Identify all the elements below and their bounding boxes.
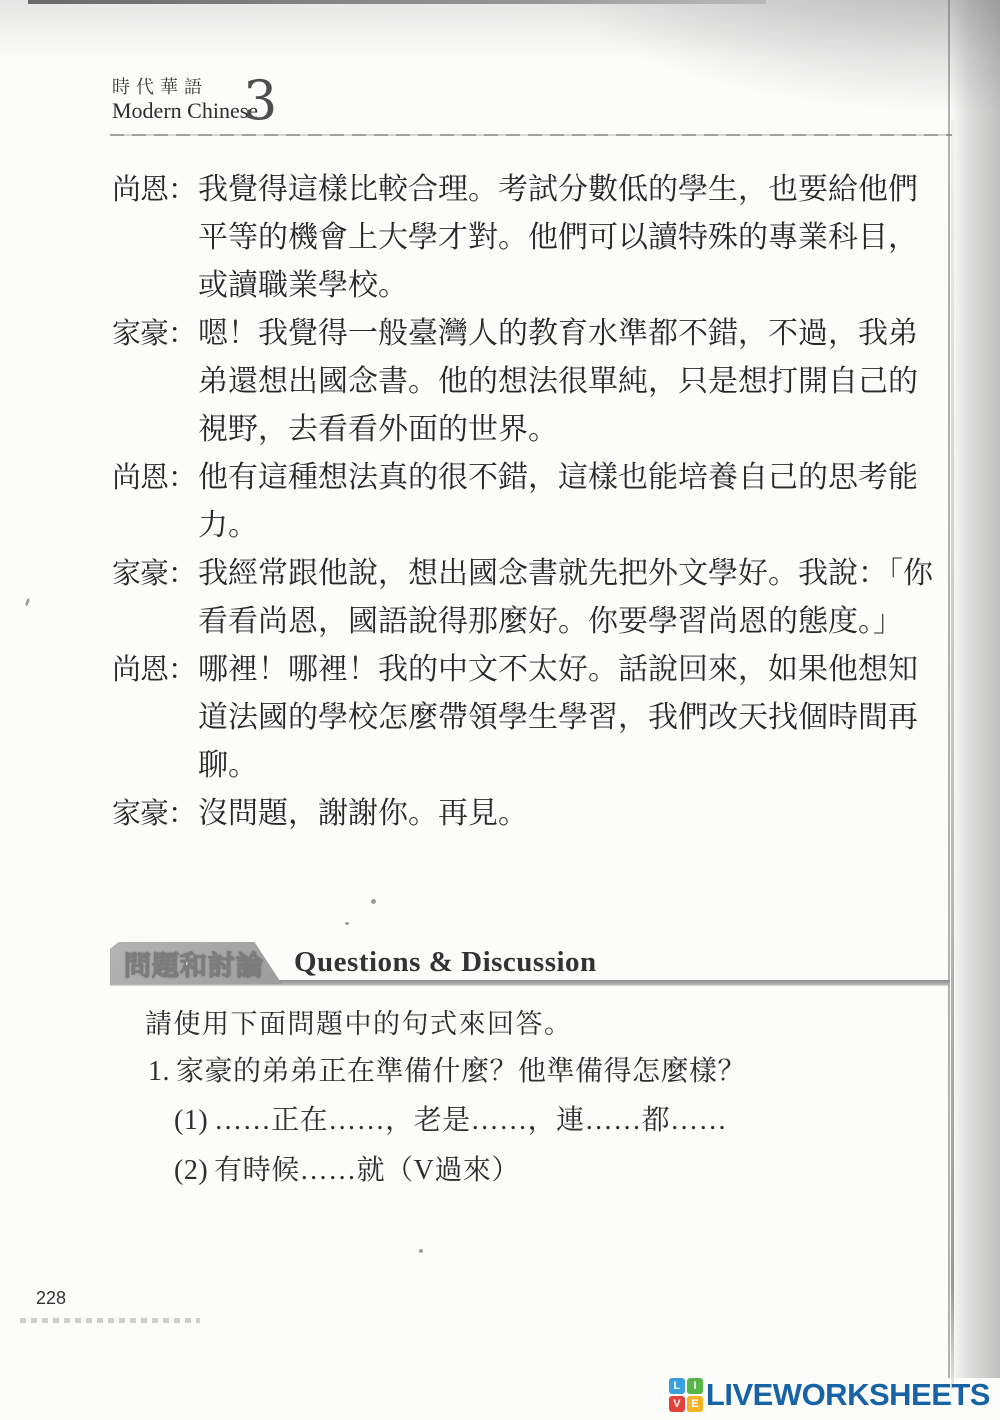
- question-text: 家豪的弟弟正在準備什麼？他準備得怎麼樣？: [176, 1056, 746, 1087]
- logo-tile-e: E: [687, 1396, 703, 1412]
- dialogue-speaker: 家豪：: [112, 310, 198, 358]
- liveworksheets-watermark: LIVE LIVEWORKSHEETS: [669, 1376, 990, 1414]
- pattern-item: (2)有時候……就（V過來）: [174, 1146, 848, 1196]
- dialogue-speaker: 尚恩：: [112, 454, 198, 502]
- scan-speck: [419, 1249, 423, 1253]
- question-1: 1.家豪的弟弟正在準備什麼？他準備得怎麼樣？: [148, 1048, 848, 1096]
- scan-speck: [25, 598, 31, 607]
- section-tab: 問題和討論: [110, 942, 282, 984]
- book-volume-number: 3: [243, 74, 277, 128]
- header-divider: [110, 134, 952, 136]
- dialogue-text: 我經常跟他說，想出國念書就先把外文學好。我說：「你看看尚恩，國語說得那麼好。你要…: [198, 550, 942, 646]
- pattern-text: 有時候……就（V過來）: [214, 1155, 520, 1186]
- dialogue-section: 尚恩： 我覺得這樣比較合理。考試分數低的學生，也要給他們平等的機會上大學才對。他…: [112, 166, 948, 838]
- dialogue-entry: 家豪： 沒問題，謝謝你。再見。: [112, 790, 948, 838]
- scan-speck: [371, 899, 376, 904]
- dialogue-entry: 家豪： 嗯！我覺得一般臺灣人的教育水準都不錯，不過，我弟弟還想出國念書。他的想法…: [112, 310, 948, 454]
- scan-smudge: [20, 1318, 200, 1323]
- section-heading: Questions & Discussion: [294, 946, 597, 979]
- pattern-label: (2): [174, 1155, 208, 1186]
- dialogue-speaker: 家豪：: [112, 790, 198, 838]
- book-title-zh: 時代華語: [112, 76, 258, 98]
- question-number: 1.: [148, 1056, 170, 1087]
- scan-speck: [345, 922, 349, 925]
- section-tab-label: 問題和討論: [124, 944, 264, 983]
- dialogue-entry: 家豪： 我經常跟他說，想出國念書就先把外文學好。我說：「你看看尚恩，國語說得那麼…: [112, 550, 948, 646]
- pattern-label: (1): [174, 1105, 208, 1136]
- logo-tile-i: I: [687, 1378, 703, 1394]
- book-header: 時代華語 Modern Chinese: [112, 76, 258, 124]
- page-number: 228: [36, 1288, 66, 1309]
- dialogue-entry: 尚恩： 他有這種想法真的很不錯，這樣也能培養自己的思考能力。: [112, 454, 948, 550]
- dialogue-text: 我覺得這樣比較合理。考試分數低的學生，也要給他們平等的機會上大學才對。他們可以讀…: [198, 166, 942, 310]
- dialogue-speaker: 尚恩：: [112, 646, 198, 694]
- question-block: 1.家豪的弟弟正在準備什麼？他準備得怎麼樣？ (1)……正在……，老是……，連……: [148, 1048, 848, 1196]
- scan-page-edge: [951, 120, 954, 1390]
- logo-tile-l: L: [669, 1378, 685, 1394]
- liveworksheets-logo-icon: LIVE: [669, 1378, 703, 1412]
- dialogue-text: 哪裡！哪裡！我的中文不太好。話說回來，如果他想知道法國的學校怎麼帶領學生學習，我…: [198, 646, 942, 790]
- dialogue-speaker: 尚恩：: [112, 166, 198, 214]
- book-title-en: Modern Chinese: [112, 98, 258, 124]
- dialogue-text: 他有這種想法真的很不錯，這樣也能培養自己的思考能力。: [198, 454, 942, 550]
- scan-shadow-right-band: [948, 0, 1000, 1378]
- pattern-item: (1)……正在……，老是……，連……都……: [174, 1096, 848, 1146]
- pattern-text: ……正在……，老是……，連……都……: [214, 1105, 727, 1136]
- liveworksheets-brand-text: LIVEWORKSHEETS: [706, 1377, 990, 1413]
- dialogue-entry: 尚恩： 哪裡！哪裡！我的中文不太好。話說回來，如果他想知道法國的學校怎麼帶領學生…: [112, 646, 948, 790]
- dialogue-text: 沒問題，謝謝你。再見。: [198, 790, 942, 838]
- dialogue-entry: 尚恩： 我覺得這樣比較合理。考試分數低的學生，也要給他們平等的機會上大學才對。他…: [112, 166, 948, 310]
- logo-tile-v: V: [669, 1396, 685, 1412]
- questions-instruction: 請使用下面問題中的句式來回答。: [145, 1002, 573, 1041]
- scan-edge-line: [28, 0, 766, 4]
- dialogue-speaker: 家豪：: [112, 550, 198, 598]
- pattern-list: (1)……正在……，老是……，連……都…… (2)有時候……就（V過來）: [174, 1096, 848, 1196]
- dialogue-text: 嗯！我覺得一般臺灣人的教育水準都不錯，不過，我弟弟還想出國念書。他的想法很單純，…: [198, 310, 942, 454]
